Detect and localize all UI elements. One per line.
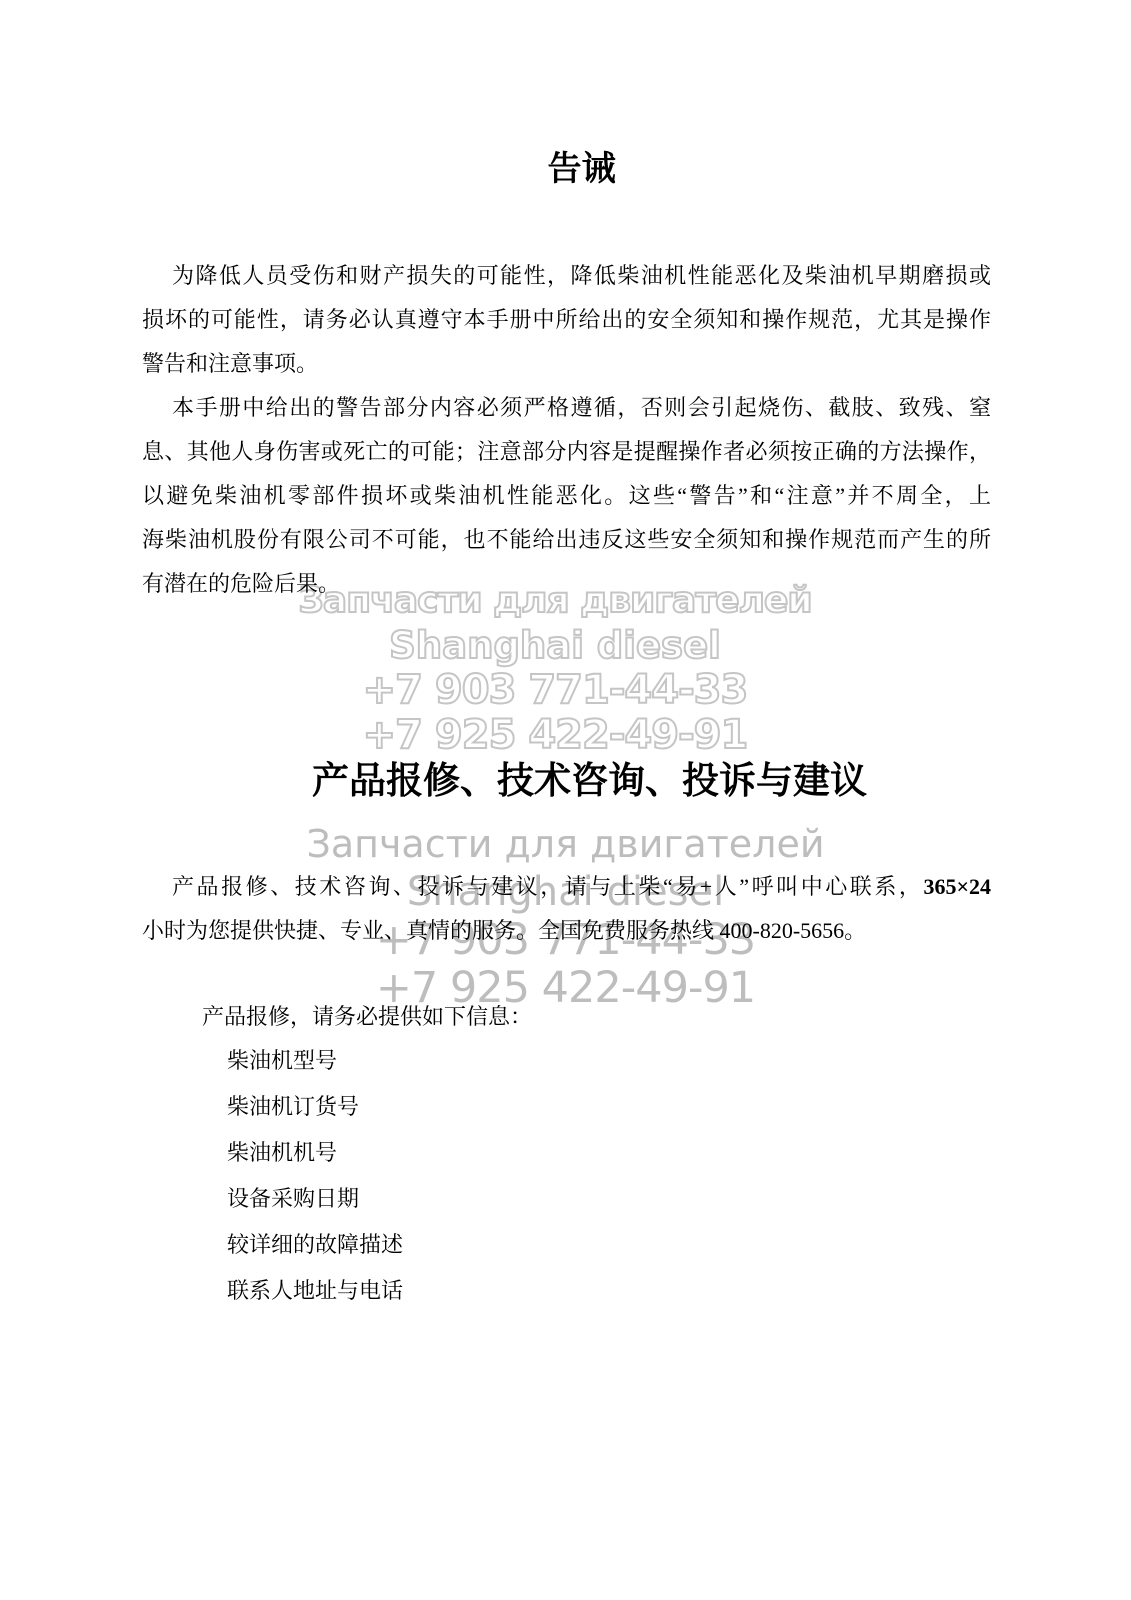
section-heading: 产品报修、技术咨询、投诉与建议 xyxy=(142,750,991,804)
service-line-1: 产品报修、技术咨询、投诉与建议，请与上柴“易+人”呼叫中心联系，365×24 xyxy=(142,865,991,909)
list-item-engine-model: 柴油机型号 xyxy=(227,1038,403,1084)
paragraph2-line: 海柴油机股份有限公司不可能，也不能给出违反这些安全须知和操作规范而产生的所 xyxy=(142,518,991,562)
repair-info-list: 柴油机型号 柴油机订货号 柴油机机号 设备采购日期 较详细的故障描述 联系人地址… xyxy=(227,1038,403,1314)
list-item-order-number: 柴油机订货号 xyxy=(227,1084,403,1130)
paragraph2-line: 本手册中给出的警告部分内容必须严格遵循，否则会引起烧伤、截肢、致残、窒 xyxy=(142,386,991,430)
warning-text-block: 为降低人员受伤和财产损失的可能性，降低柴油机性能恶化及柴油机早期磨损或 损坏的可… xyxy=(142,254,991,606)
watermark-text-cyrillic: Запчасти для двигателей xyxy=(0,820,1131,868)
service-line-1-text: 产品报修、技术咨询、投诉与建议，请与上柴“易+人”呼叫中心联系， xyxy=(172,874,923,899)
list-item-engine-serial: 柴油机机号 xyxy=(227,1130,403,1176)
paragraph2-line: 以避免柴油机零部件损坏或柴油机性能恶化。这些“警告”和“注意”并不周全，上 xyxy=(142,474,991,518)
list-item-purchase-date: 设备采购日期 xyxy=(227,1176,403,1222)
paragraph1-line: 损坏的可能性，请务必认真遵守本手册中所给出的安全须知和操作规范，尤其是操作 xyxy=(142,298,991,342)
service-365x24: 365×24 xyxy=(923,874,991,899)
repair-info-intro: 产品报修，请务必提供如下信息： xyxy=(202,1002,532,1032)
page-title: 告诫 xyxy=(142,141,991,190)
paragraph1-line: 警告和注意事项。 xyxy=(142,342,991,386)
list-item-contact-address-phone: 联系人地址与电话 xyxy=(227,1268,403,1314)
watermark-phone-2: +7 925 422-49-91 xyxy=(0,964,1131,1012)
paragraph2-line: 有潜在的危险后果。 xyxy=(142,562,991,606)
watermark-phone-1: +7 903 771-44-33 xyxy=(0,668,1110,713)
paragraph1-line: 为降低人员受伤和财产损失的可能性，降低柴油机性能恶化及柴油机早期磨损或 xyxy=(142,254,991,298)
list-item-fault-description: 较详细的故障描述 xyxy=(227,1222,403,1268)
document-page: Запчасти для двигателей Shanghai diesel … xyxy=(0,0,1131,1600)
watermark-text-brand: Shanghai diesel xyxy=(0,623,1110,668)
service-paragraph: 产品报修、技术咨询、投诉与建议，请与上柴“易+人”呼叫中心联系，365×24 小… xyxy=(142,865,991,953)
service-line-2: 小时为您提供快捷、专业、真情的服务。全国免费服务热线 400-820-5656。 xyxy=(142,909,991,953)
paragraph2-line: 息、其他人身伤害或死亡的可能；注意部分内容是提醒操作者必须按正确的方法操作， xyxy=(142,430,991,474)
